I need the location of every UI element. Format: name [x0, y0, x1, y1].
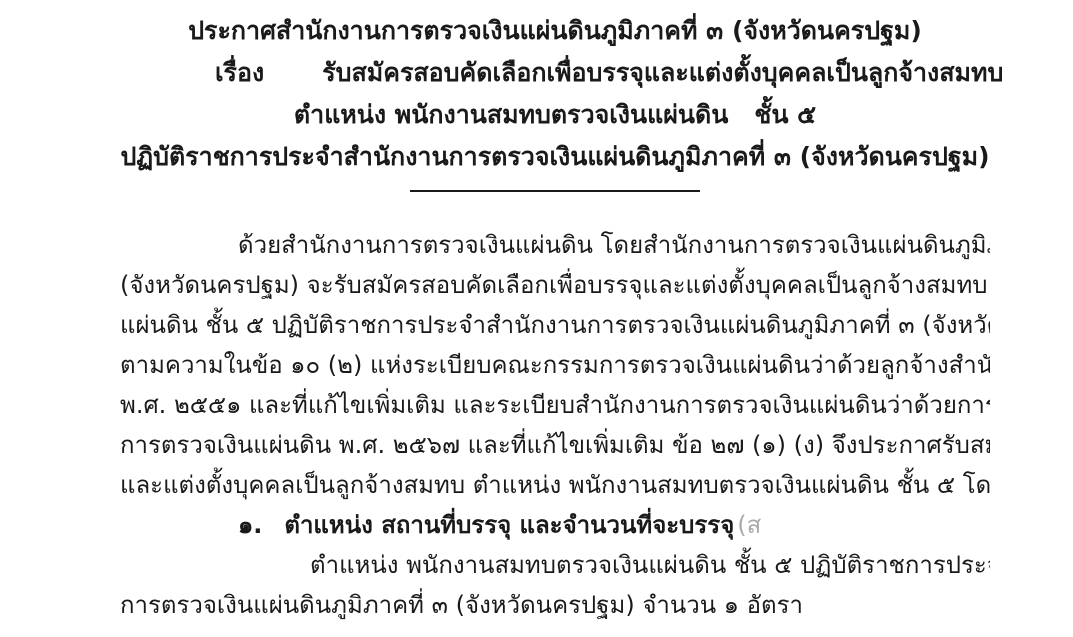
- paragraph2-line-1: ตำแหน่ง พนักงานสมทบตรวจเงินแผ่นดิน ชั้น …: [120, 545, 990, 585]
- subject-text: รับสมัครสอบคัดเลือกเพื่อบรรจุและแต่งตั้ง…: [322, 52, 1003, 94]
- paragraph1-line-2: (จังหวัดนครปฐม) จะรับสมัครสอบคัดเลือกเพื…: [120, 265, 990, 305]
- section1-number: ๑.: [238, 505, 262, 545]
- announcement-header: ประกาศสำนักงานการตรวจเงินแผ่นดินภูมิภาคท…: [120, 10, 990, 192]
- header-divider: [410, 190, 700, 192]
- paragraph2-line-2: การตรวจเงินแผ่นดินภูมิภาคที่ ๓ (จังหวัดน…: [120, 585, 990, 625]
- paragraph1-line-6: การตรวจเงินแผ่นดิน พ.ศ. ๒๕๖๗ และที่แก้ไข…: [120, 425, 990, 465]
- office-line: ปฏิบัติราชการประจำสำนักงานการตรวจเงินแผ่…: [120, 136, 990, 178]
- announcement-title: ประกาศสำนักงานการตรวจเงินแผ่นดินภูมิภาคท…: [120, 10, 990, 52]
- document-page: ประกาศสำนักงานการตรวจเงินแผ่นดินภูมิภาคท…: [0, 0, 1073, 637]
- section1-scan-artifact: (ส: [737, 505, 761, 545]
- paragraph1-line-1: ด้วยสำนักงานการตรวจเงินแผ่นดิน โดยสำนักง…: [120, 225, 990, 265]
- paragraph1-line-5: พ.ศ. ๒๕๕๑ และที่แก้ไขเพิ่มเติม และระเบีย…: [120, 385, 990, 425]
- section1-title: ตำแหน่ง สถานที่บรรจุ และจำนวนที่จะบรรจุ: [284, 505, 734, 545]
- subject-line: เรื่อง รับสมัครสอบคัดเลือกเพื่อบรรจุและแ…: [120, 52, 990, 94]
- section1-heading: ๑. ตำแหน่ง สถานที่บรรจุ และจำนวนที่จะบรร…: [120, 505, 990, 545]
- position-line: ตำแหน่ง พนักงานสมทบตรวจเงินแผ่นดิน ชั้น …: [120, 94, 990, 136]
- document-body: ด้วยสำนักงานการตรวจเงินแผ่นดิน โดยสำนักง…: [120, 225, 990, 625]
- paragraph1-line-4: ตามความในข้อ ๑๐ (๒) แห่งระเบียบคณะกรรมกา…: [120, 345, 990, 385]
- subject-label: เรื่อง: [215, 52, 264, 94]
- paragraph1-line-7: และแต่งตั้งบุคคลเป็นลูกจ้างสมทบ ตำแหน่ง …: [120, 465, 990, 505]
- paragraph1-line-3: แผ่นดิน ชั้น ๕ ปฏิบัติราชการประจำสำนักงา…: [120, 305, 990, 345]
